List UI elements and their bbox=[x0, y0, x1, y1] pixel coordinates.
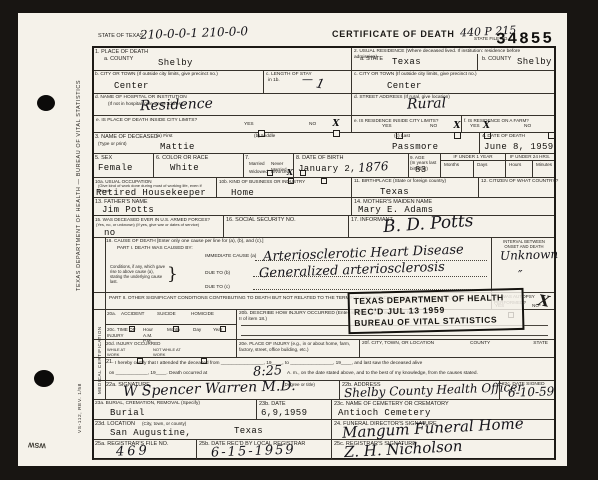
divider bbox=[473, 160, 474, 177]
death-city-value: Center bbox=[114, 81, 149, 91]
check-mark: X bbox=[332, 119, 339, 129]
immediate-cause-label: IMMEDIATE CAUSE (a) bbox=[205, 254, 256, 260]
write-line-c bbox=[253, 277, 487, 290]
field-death-inside-limits: e. IS PLACE OF DEATH INSIDE CITY LIMITS?… bbox=[94, 116, 352, 132]
armed-forces-sub2: (If yes, give war or dates of service) bbox=[136, 223, 199, 228]
injury-county-label: COUNTY bbox=[470, 341, 490, 347]
cause-of-death-label: 18. CAUSE OF DEATH [Enter only one cause… bbox=[106, 239, 263, 245]
length-of-stay-sub: in 1b. bbox=[268, 78, 280, 84]
middle-name-label: (b) Middle bbox=[254, 134, 275, 140]
no-label: NO bbox=[430, 124, 437, 130]
divider bbox=[477, 54, 478, 70]
row-registrar: 25a. REGISTRAR'S FILE NO. 469 25b. DATE … bbox=[94, 440, 554, 460]
field-usual-residence: 2. USUAL RESIDENCE (Where deceased lived… bbox=[352, 48, 554, 70]
yes-label: YES bbox=[470, 124, 480, 130]
county-value: Shelby bbox=[158, 58, 193, 68]
date-signed-value: 6-10-59 bbox=[508, 384, 555, 400]
days-label: Days bbox=[477, 162, 487, 168]
yes-label: YES bbox=[382, 124, 392, 130]
age-value: 83 bbox=[415, 165, 427, 175]
yes-label: YES bbox=[244, 122, 254, 128]
row-name-date-of-death: 3. NAME OF DECEASED (Type or print) (a) … bbox=[94, 133, 554, 154]
place-of-death-label: 1. PLACE OF DEATH bbox=[95, 49, 148, 56]
injury-occurred-label: 20d. INJURY OCCURRED bbox=[106, 341, 160, 347]
field-residence-on-farm: f. IS RESIDENCE ON A FARM? YES X NO bbox=[462, 116, 554, 132]
length-of-stay-dash: — bbox=[302, 73, 313, 86]
hours-label: Hours bbox=[509, 162, 521, 168]
cemetery-label: 23c. NAME OF CEMETERY OR CREMATORY bbox=[334, 401, 449, 408]
certificate-page: WSW TEXAS DEPARTMENT OF HEALTH — BUREAU … bbox=[18, 13, 567, 466]
conditions-note: Conditions, if any, which gave rise to a… bbox=[110, 264, 166, 284]
field-ssn: 16. SOCIAL SECURITY NO. bbox=[224, 216, 349, 237]
date-of-death-label: 4. DATE OF DEATH bbox=[482, 134, 525, 140]
day-label: Day bbox=[193, 327, 201, 333]
county-label: a. COUNTY bbox=[104, 56, 133, 63]
corner-mark: WSW bbox=[28, 441, 46, 449]
department-vertical-text: TEXAS DEPARTMENT OF HEALTH — BUREAU OF V… bbox=[76, 53, 82, 291]
date-of-birth-typed: January 2, bbox=[298, 164, 356, 174]
field-if-under-24-hrs: IF UNDER 24 HRS. Hours Minutes bbox=[506, 154, 554, 177]
suicide-label: SUICIDE bbox=[157, 311, 176, 317]
field-physician-signature: 22a. SIGNATURE (Degree or title) W Spenc… bbox=[105, 381, 340, 399]
residence-city-value: Center bbox=[387, 81, 422, 91]
field-death-city: b. CITY OR TOWN (If outside city limits,… bbox=[94, 71, 264, 93]
field-accident-suicide-homicide: 20a. ACCIDENT SUICIDE HOMICIDE 20c. TIME… bbox=[105, 310, 237, 339]
divorced-label: Divorced bbox=[271, 169, 289, 175]
medical-certification-label: MEDICAL CERTIFICATION bbox=[97, 244, 102, 394]
field-date-signed: 22c. DATE SIGNED 6-10-59 bbox=[500, 381, 554, 399]
row-institution-street: d. NAME OF HOSPITAL OR INSTITUTION (If n… bbox=[94, 94, 554, 116]
field-date-of-death: 4. DATE OF DEATH June 8, 1959 bbox=[480, 133, 554, 153]
last-name-label: (c) Last bbox=[394, 134, 410, 140]
row-city-limits-farm: e. IS PLACE OF DEATH INSIDE CITY LIMITS?… bbox=[94, 116, 554, 133]
under-24-hrs-label: IF UNDER 24 HRS. bbox=[506, 154, 554, 161]
field-burial-location: 23d. LOCATION (City, town, or county) Sa… bbox=[94, 420, 332, 439]
date-of-death-value: June 8, 1959 bbox=[484, 142, 554, 152]
death-time-value: 8:25 bbox=[253, 363, 283, 380]
brace-glyph: } bbox=[167, 264, 178, 284]
widowed-label: Widowed bbox=[249, 169, 268, 175]
field-street-address: d. STREET ADDRESS (If rural, give locati… bbox=[352, 94, 554, 115]
write-line-b: Generalized arteriosclerosis bbox=[253, 261, 487, 277]
death-city-label: b. CITY OR TOWN (If outside city limits,… bbox=[95, 72, 255, 78]
registrar-codes-handwritten: 210-0-0-1 210-0-0 bbox=[140, 24, 249, 42]
row-occupation-birthplace: 10a. USUAL OCCUPATION (Give kind of work… bbox=[94, 178, 554, 198]
residence-state-value: Texas bbox=[392, 57, 421, 67]
field-place-of-death-county: 1. PLACE OF DEATH a. COUNTY Shelby bbox=[94, 48, 352, 70]
certify-line2a: on ____________, 19____. Death occurred … bbox=[109, 371, 207, 377]
date-of-birth-label: 8. DATE OF BIRTH bbox=[296, 155, 343, 162]
part1-label: PART I. DEATH WAS CAUSED BY: bbox=[117, 246, 193, 252]
death-inside-limits-label: e. IS PLACE OF DEATH INSIDE CITY LIMITS? bbox=[96, 118, 197, 124]
medical-certification-strip: MEDICAL CERTIFICATION bbox=[94, 238, 106, 400]
no-label: NO bbox=[309, 122, 316, 128]
cemetery-value: Antioch Cemetery bbox=[338, 408, 431, 418]
name-label: 3. NAME OF DECEASED bbox=[95, 134, 158, 141]
received-stamp: TEXAS DEPARTMENT OF HEALTH REC'D JUL 13 … bbox=[348, 288, 525, 334]
field-length-of-stay: c. LENGTH OF STAY in 1b. — 1 bbox=[264, 71, 352, 93]
residence-state-label: a. STATE bbox=[360, 56, 383, 63]
row-physician-signature: 22a. SIGNATURE (Degree or title) W Spenc… bbox=[94, 381, 554, 400]
item-20a-number: 20a. bbox=[107, 311, 116, 317]
due-to-b-label: DUE TO (b) bbox=[205, 271, 230, 277]
burial-date-label: 23b. DATE bbox=[259, 401, 286, 408]
field-name-of-deceased: 3. NAME OF DECEASED (Type or print) (a) … bbox=[94, 133, 480, 153]
hour-label: Hour bbox=[143, 327, 153, 333]
row-cause-of-death: 18. CAUSE OF DEATH [Enter only one cause… bbox=[94, 238, 554, 293]
certificate-title: CERTIFICATE OF DEATH bbox=[332, 29, 455, 39]
industry-value: Home bbox=[231, 188, 254, 198]
row-sex-race-dob-age: 5. SEX Female 6. COLOR OR RACE White 7. … bbox=[94, 154, 554, 178]
not-while-at-work-label: NOT WHILE AT WORK bbox=[153, 348, 187, 358]
field-burial-date: 23b. DATE 6,9,1959 bbox=[257, 400, 332, 419]
location-sub-label: (City, town, or county) bbox=[142, 421, 186, 427]
sex-value: Female bbox=[98, 163, 133, 173]
certificate-form: 1. PLACE OF DEATH a. COUNTY Shelby 2. US… bbox=[92, 46, 556, 460]
field-residence-inside-limits: e. IS RESIDENCE INSIDE CITY LIMITS? YES … bbox=[352, 116, 462, 132]
street-address-value: Rural bbox=[407, 95, 447, 112]
write-line-a: Arteriosclerotic Heart Disease bbox=[255, 244, 487, 261]
field-sex: 5. SEX Female bbox=[94, 154, 154, 177]
row-city-town: b. CITY OR TOWN (If outside city limits,… bbox=[94, 71, 554, 94]
row-injury-place: 20d. INJURY OCCURRED WHILE AT WORK NOT W… bbox=[94, 340, 554, 358]
date-received-value: 6-15-1959 bbox=[211, 443, 296, 461]
field-date-of-birth: 8. DATE OF BIRTH January 2, 1876 bbox=[294, 154, 409, 177]
field-institution: d. NAME OF HOSPITAL OR INSTITUTION (If n… bbox=[94, 94, 352, 115]
birthplace-value: Texas bbox=[380, 187, 409, 197]
registrar-file-no-value: 469 bbox=[116, 443, 150, 459]
field-burial-type: 23a. BURIAL, CREMATION, REMOVAL (Specify… bbox=[94, 400, 257, 419]
row-parents: 13. FATHER'S NAME Jim Potts 14. MOTHER'S… bbox=[94, 198, 554, 216]
first-name-value: Mattie bbox=[160, 142, 195, 152]
location-value: San Augustine, bbox=[110, 428, 191, 438]
residence-city-label: c. CITY OR TOWN (If outside city limits,… bbox=[354, 72, 524, 78]
residence-county-value: Shelby bbox=[517, 57, 552, 67]
field-armed-forces: 15. WAS DECEASED EVER IN U.S. ARMED FORC… bbox=[94, 216, 224, 237]
length-of-stay-value: 1 bbox=[315, 76, 326, 92]
burial-label: 23a. BURIAL, CREMATION, REMOVAL (Specify… bbox=[95, 401, 200, 407]
place-of-injury-label: 20e. PLACE OF INJURY (e.g., in or about … bbox=[239, 341, 354, 352]
field-registrar-file-no: 25a. REGISTRAR'S FILE NO. 469 bbox=[94, 440, 197, 459]
residence-county-label: b. COUNTY bbox=[482, 56, 511, 63]
farm-label: f. IS RESIDENCE ON A FARM? bbox=[464, 118, 529, 124]
field-registrar-signature: 25c. REGISTRAR'S SIGNATURE Z. H. Nichols… bbox=[332, 440, 554, 459]
race-value: White bbox=[170, 163, 199, 173]
armed-forces-value: no bbox=[104, 228, 116, 238]
scanned-death-certificate: { "scan": { "dept_vertical": "TEXAS DEPA… bbox=[0, 0, 598, 480]
autopsy-no-mark: X bbox=[537, 291, 552, 311]
field-if-under-1-year: IF UNDER 1 YEAR Months Days bbox=[441, 154, 506, 177]
field-cause-of-death: 18. CAUSE OF DEATH [Enter only one cause… bbox=[105, 238, 492, 292]
last-name-value: Passmore bbox=[392, 142, 438, 152]
field-interval-onset-death: INTERVAL BETWEEN ONSET AND DEATH Unknown… bbox=[492, 238, 554, 292]
form-number-vertical-text: VS-112, REV. 1/58 bbox=[78, 371, 83, 433]
hole-punch-top bbox=[37, 95, 55, 111]
item-21-number: 21. bbox=[106, 359, 114, 366]
field-funeral-director: 24. FUNERAL DIRECTOR'S SIGNATURE Mangum … bbox=[332, 420, 554, 439]
married-label: Married bbox=[249, 161, 265, 167]
ssn-label: 16. SOCIAL SECURITY NO. bbox=[226, 217, 296, 224]
field-age: 9. AGE (In years last birthday) 83 bbox=[409, 154, 441, 177]
occupation-value: Retired Housekeeper bbox=[96, 188, 206, 198]
field-father-name: 13. FATHER'S NAME Jim Potts bbox=[94, 198, 352, 215]
field-certification-statement: 21. I hereby certify that I attended the… bbox=[105, 358, 554, 380]
field-informant: 17. INFORMANT B. D. Potts bbox=[349, 216, 554, 237]
injury-city-label: 20f. CITY, TOWN, OR LOCATION bbox=[362, 341, 434, 347]
field-date-received: 25b. DATE REC'D BY LOCAL REGISTRAR 6-15-… bbox=[197, 440, 332, 459]
interval-b-ditto: ″ bbox=[518, 268, 522, 282]
birthplace-label: 11. BIRTHPLACE (State or foreign country… bbox=[354, 179, 446, 185]
injury-state-label: STATE bbox=[533, 341, 548, 347]
field-citizen: 12. CITIZEN OF WHAT COUNTRY? bbox=[479, 178, 554, 197]
field-occupation: 10a. USUAL OCCUPATION (Give kind of work… bbox=[94, 178, 217, 197]
write-line bbox=[241, 335, 548, 336]
while-at-work-label: WHILE AT WORK bbox=[107, 348, 135, 358]
no-label: NO bbox=[524, 124, 531, 130]
form-header: STATE OF TEXAS 210-0-0-1 210-0-0 CERTIFI… bbox=[92, 25, 556, 45]
field-physician-address: 22b. ADDRESS Shelby County Health Office… bbox=[340, 381, 500, 399]
time-of-injury-label: 20c. TIME OF INJURY bbox=[107, 327, 137, 338]
date-of-birth-handwritten: 1876 bbox=[358, 159, 389, 175]
industry-label: 10b. KIND OF BUSINESS OR INDUSTRY bbox=[219, 179, 305, 185]
check-mark: X bbox=[483, 121, 490, 131]
field-birthplace: 11. BIRTHPLACE (State or foreign country… bbox=[352, 178, 479, 197]
burial-date-value: 6,9,1959 bbox=[261, 408, 307, 418]
field-injury-occurred: 20d. INJURY OCCURRED WHILE AT WORK NOT W… bbox=[105, 340, 237, 357]
check-mark: X bbox=[453, 121, 460, 131]
father-name-value: Jim Potts bbox=[102, 205, 154, 215]
citizen-label: 12. CITIZEN OF WHAT COUNTRY? bbox=[481, 179, 558, 185]
row-forces-ssn-informant: 15. WAS DECEASED EVER IN U.S. ARMED FORC… bbox=[94, 216, 554, 238]
institution-value: Residence bbox=[140, 96, 213, 115]
certify-line1: I hereby certify that I attended the dec… bbox=[115, 361, 545, 367]
row-place-residence: 1. PLACE OF DEATH a. COUNTY Shelby 2. US… bbox=[94, 48, 554, 71]
field-industry: 10b. KIND OF BUSINESS OR INDUSTRY Home bbox=[217, 178, 352, 197]
first-name-label: (a) First bbox=[156, 134, 173, 140]
year-label: Year bbox=[213, 327, 222, 333]
field-marital-status: 7. Married Never Married Widowed X Divor… bbox=[244, 154, 294, 177]
month-label: Month bbox=[167, 327, 180, 333]
field-place-of-injury: 20e. PLACE OF INJURY (e.g., in or about … bbox=[237, 340, 360, 357]
months-label: Months bbox=[444, 162, 459, 168]
field-residence-city: c. CITY OR TOWN (If outside city limits,… bbox=[352, 71, 554, 93]
location-label: 23d. LOCATION bbox=[95, 421, 135, 428]
accident-label: ACCIDENT bbox=[121, 311, 144, 317]
row-certification: 21. I hereby certify that I attended the… bbox=[94, 358, 554, 381]
state-of-texas-label: STATE OF TEXAS bbox=[98, 33, 144, 40]
field-race: 6. COLOR OR RACE White bbox=[154, 154, 244, 177]
due-to-c-label: DUE TO (c) bbox=[205, 285, 230, 291]
hole-punch-bottom bbox=[34, 370, 54, 387]
name-sub-label: (Type or print) bbox=[98, 141, 127, 147]
certify-line2b: A. m., on the date stated above, and to … bbox=[287, 371, 547, 377]
race-label: 6. COLOR OR RACE bbox=[156, 155, 208, 162]
row-location-funeral-director: 23d. LOCATION (City, town, or county) Sa… bbox=[94, 420, 554, 440]
divider bbox=[532, 160, 533, 177]
field-injury-location: 20f. CITY, TOWN, OR LOCATION COUNTY STAT… bbox=[360, 340, 554, 357]
location-state-value: Texas bbox=[234, 426, 263, 436]
interval-a-value: Unknown bbox=[500, 247, 559, 263]
residence-inside-limits-label: e. IS RESIDENCE INSIDE CITY LIMITS? bbox=[354, 118, 438, 124]
homicide-label: HOMICIDE bbox=[191, 311, 214, 317]
minutes-label: Minutes bbox=[536, 162, 552, 168]
sex-label: 5. SEX bbox=[95, 155, 112, 162]
burial-value: Burial bbox=[110, 408, 145, 418]
